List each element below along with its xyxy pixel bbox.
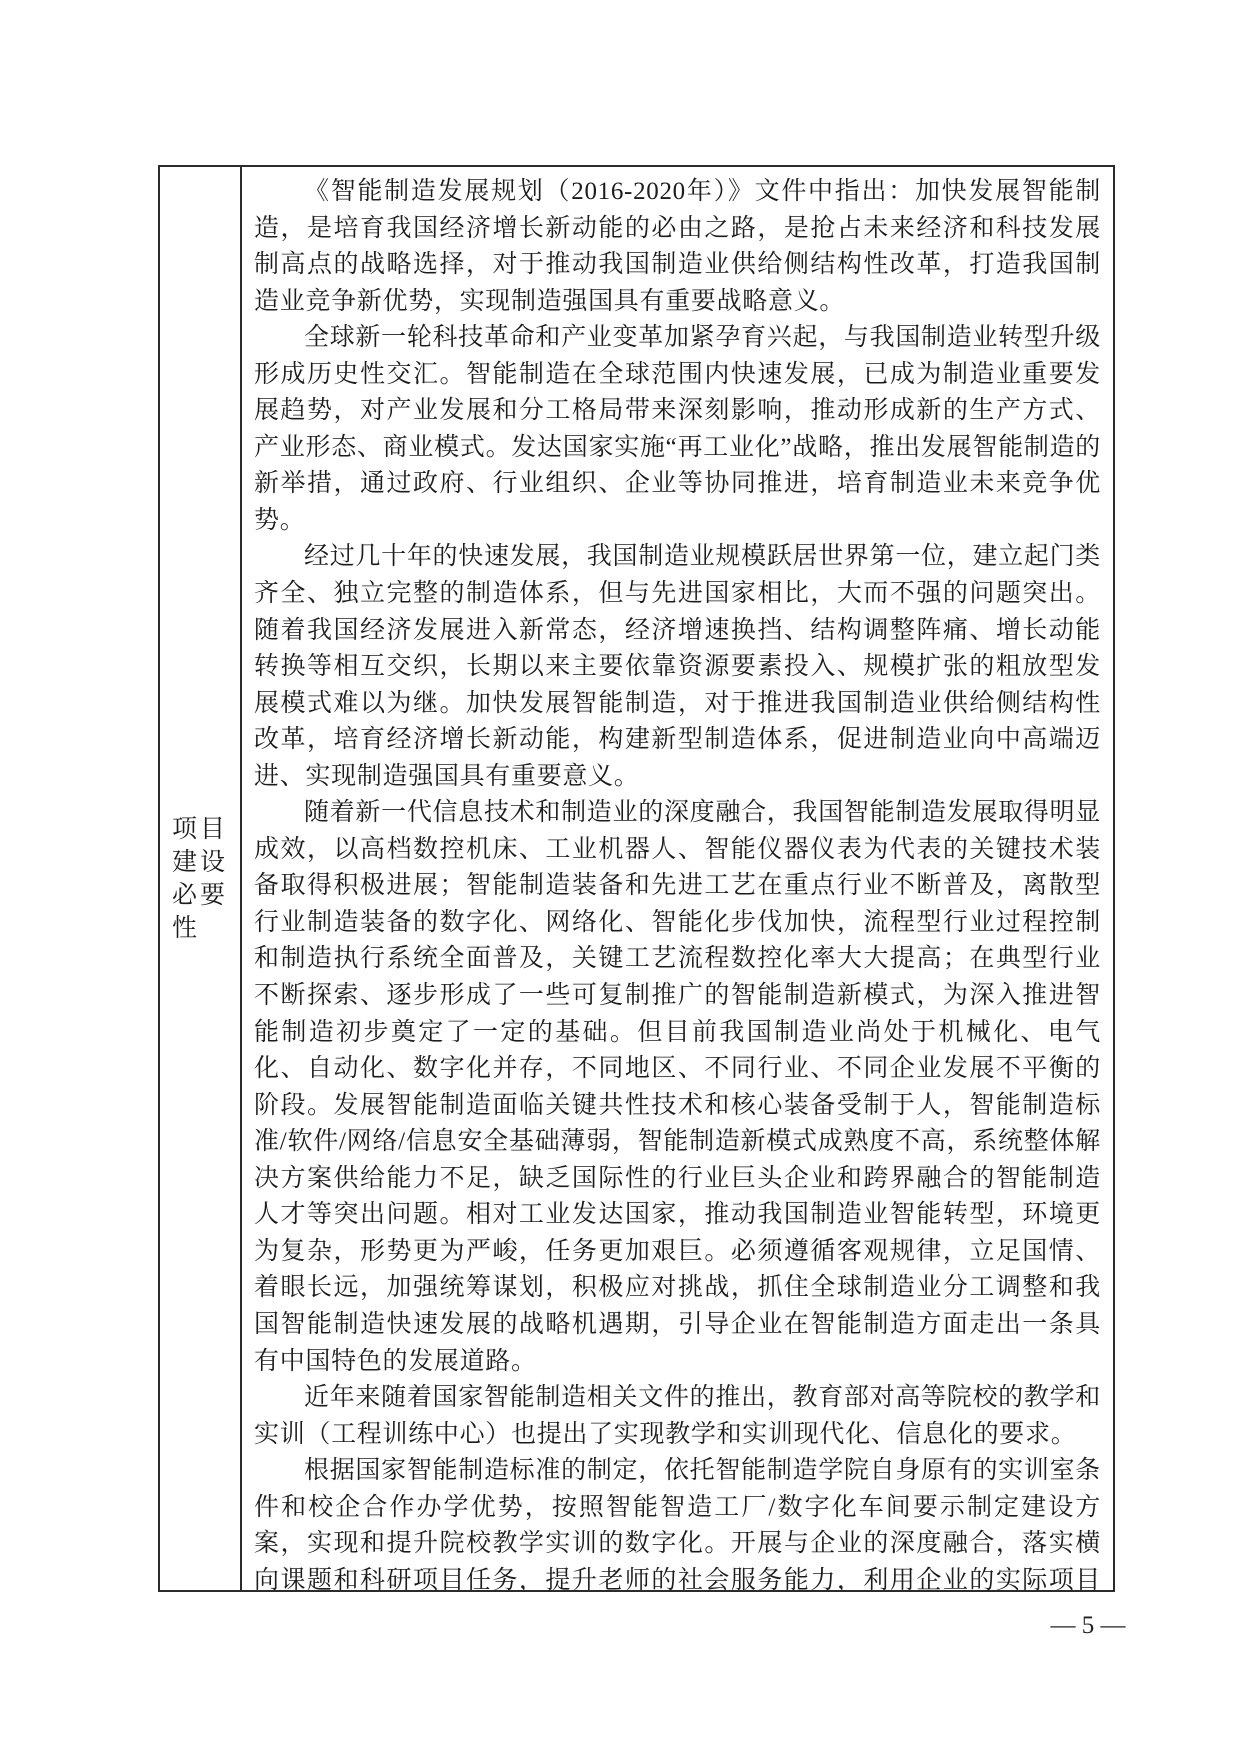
paragraph-china-manufacturing: 经过几十年的快速发展，我国制造业规模跃居世界第一位，建立起门类齐全、独立完整的制…	[254, 539, 1101, 795]
paragraph-policy-plan: 《智能制造发展规划（2016-2020年）》文件中指出：加快发展智能制造，是培育…	[254, 174, 1101, 320]
row-header-cell: 项目建设必要性	[160, 167, 242, 1590]
paragraph-global-trend: 全球新一轮科技革命和产业变革加紧孕育兴起，与我国制造业转型升级形成历史性交汇。智…	[254, 320, 1101, 539]
necessity-content-cell: 《智能制造发展规划（2016-2020年）》文件中指出：加快发展智能制造，是培育…	[242, 167, 1113, 1590]
page-number: — 5 —	[1038, 1612, 1138, 1640]
paragraph-construction-plan: 根据国家智能制造标准的制定，依托智能制造学院自身原有的实训室条件和校企合作办学优…	[254, 1453, 1101, 1590]
necessity-table: 项目建设必要性 《智能制造发展规划（2016-2020年）》文件中指出：加快发展…	[158, 165, 1115, 1592]
paragraph-smart-manufacturing-status: 随着新一代信息技术和制造业的深度融合，我国智能制造发展取得明显成效，以高档数控机…	[254, 795, 1101, 1380]
paragraph-education-requirement: 近年来随着国家智能制造相关文件的推出，教育部对高等院校的教学和实训（工程训练中心…	[254, 1380, 1101, 1453]
row-header-label: 项目建设必要性	[172, 813, 228, 945]
